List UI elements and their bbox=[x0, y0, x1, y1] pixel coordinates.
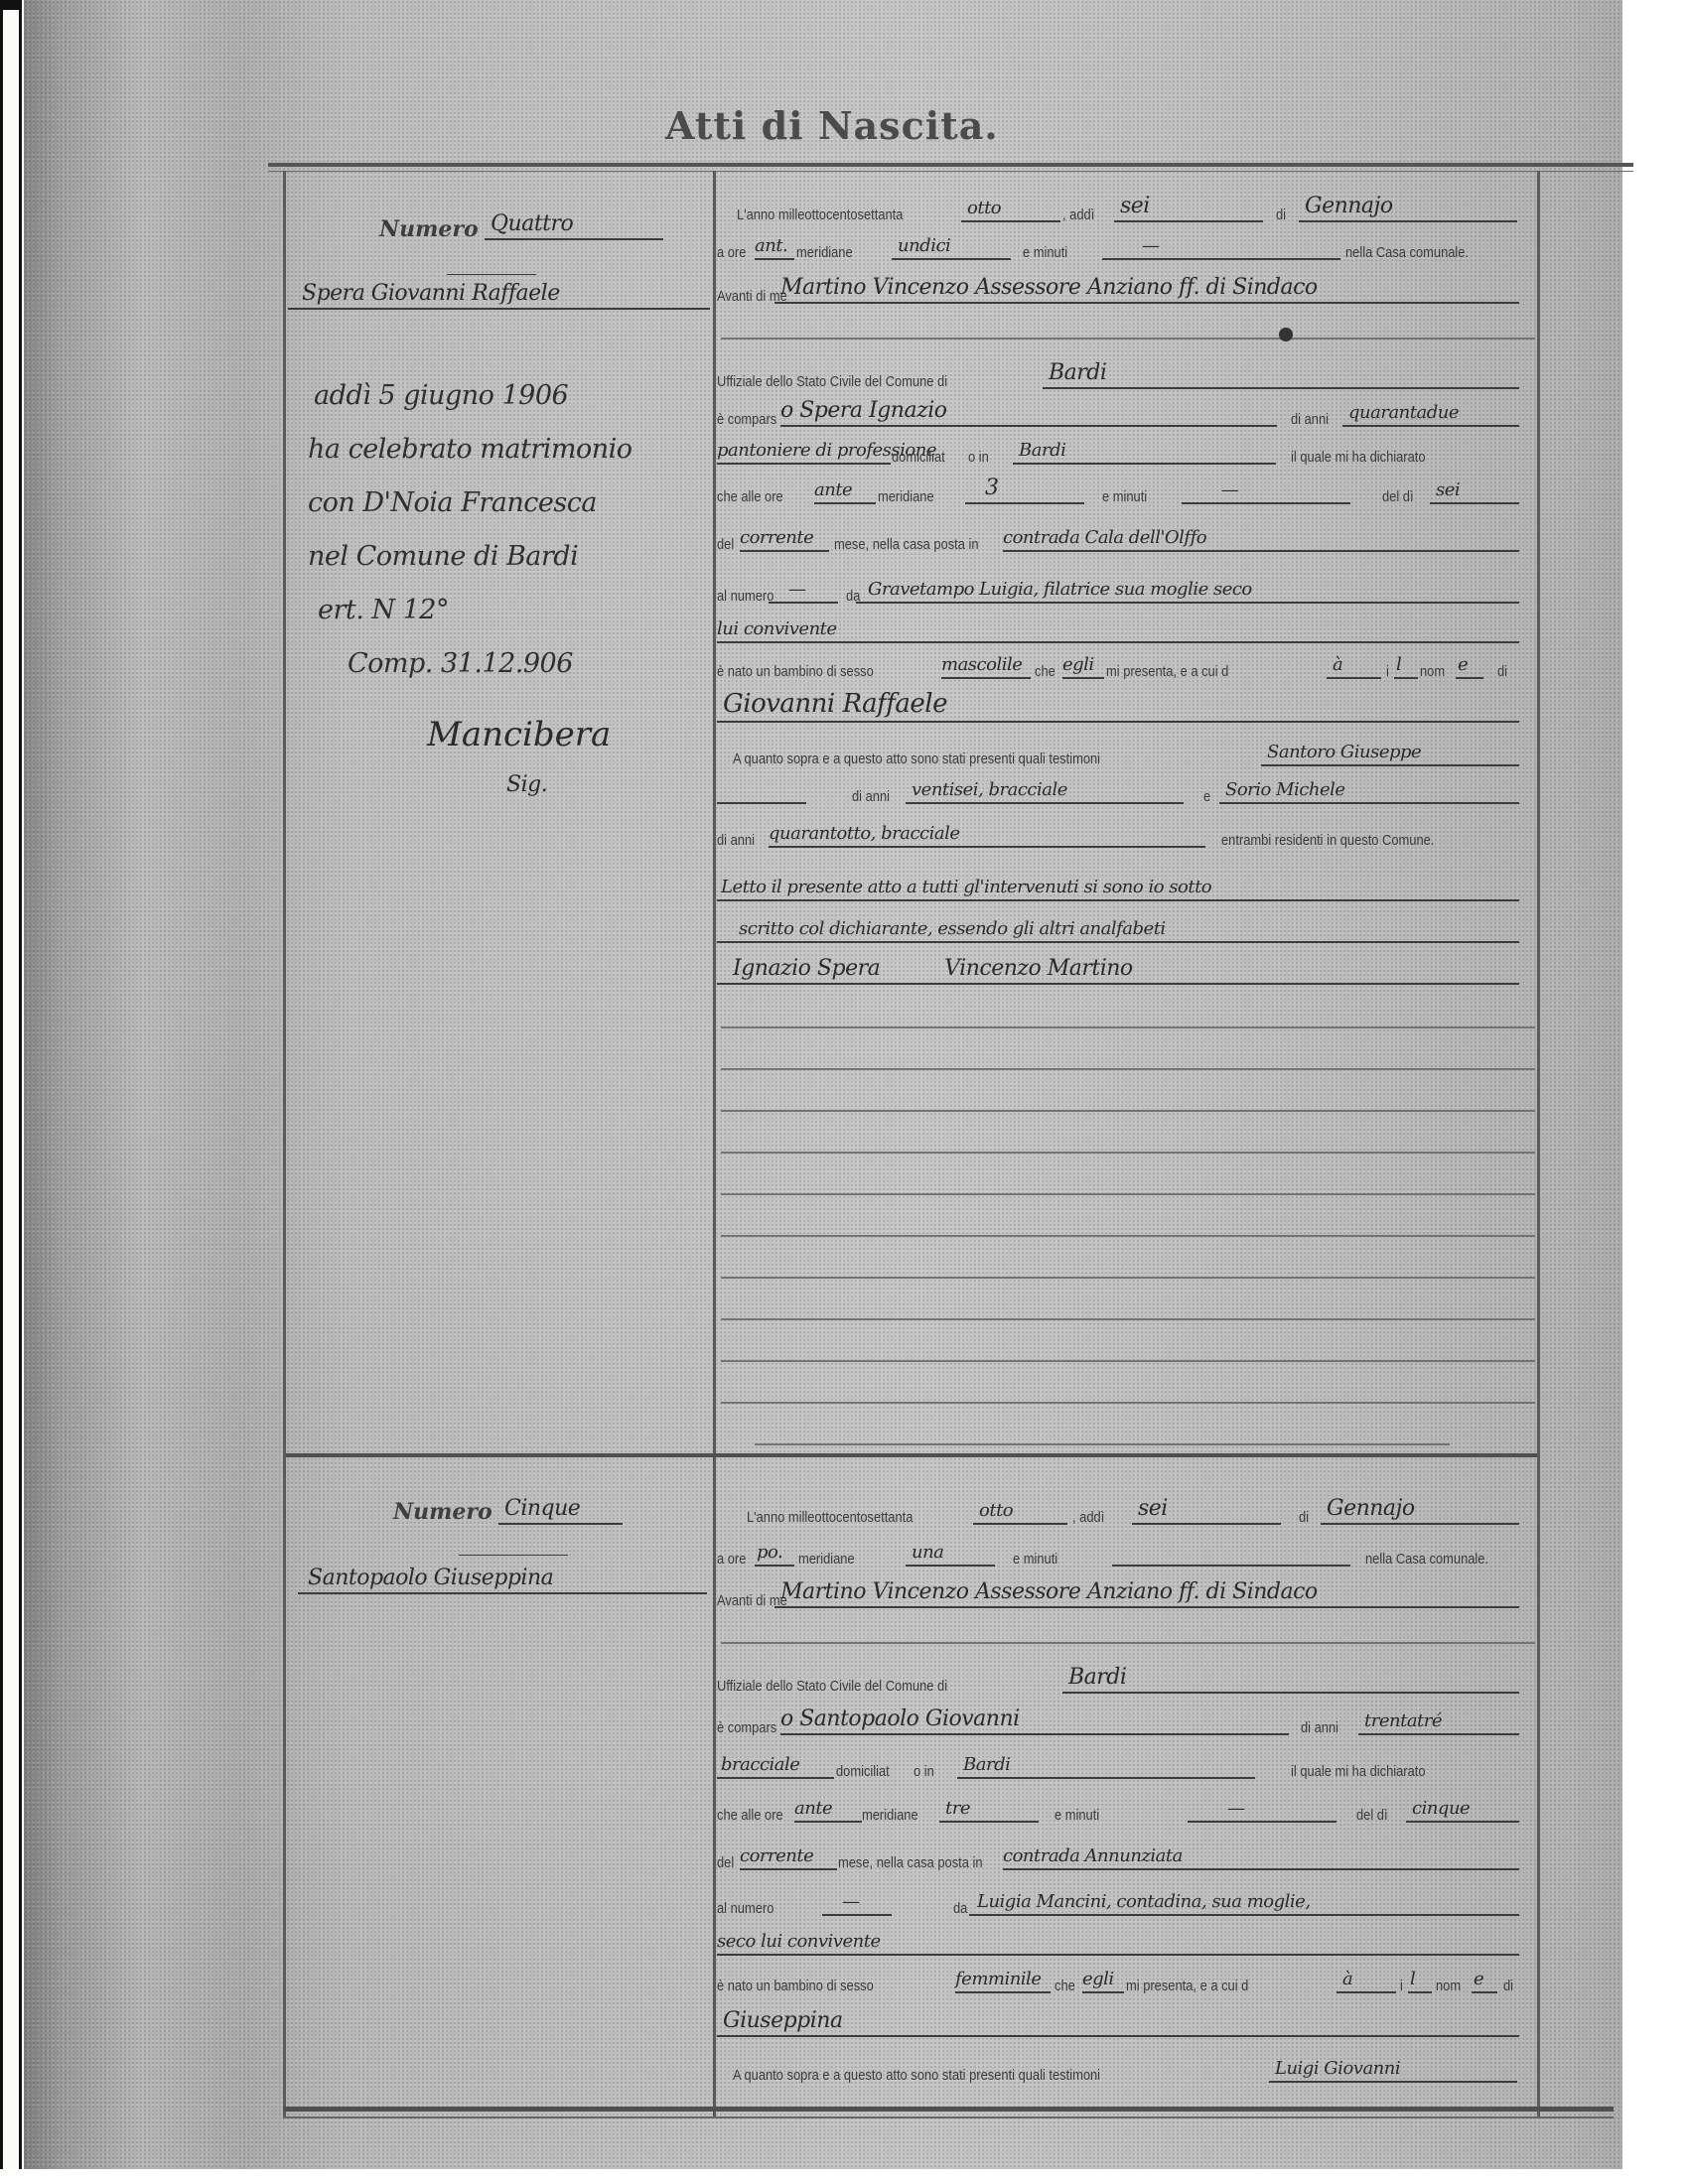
form-text: meridiane bbox=[878, 488, 934, 505]
month-value: Gennajo bbox=[1305, 194, 1393, 218]
marriage-annotation: addì 5 giugno 1906 ha celebrato matrimon… bbox=[308, 369, 705, 691]
declarant-value: o Spera Ignazio bbox=[780, 398, 946, 423]
annotation-line: nel Comune di Bardi bbox=[308, 530, 705, 584]
annotation-line: ert. N 12° bbox=[308, 584, 705, 637]
form-text: del dì bbox=[1382, 488, 1414, 505]
ruled-line bbox=[721, 1235, 1535, 1237]
birth-month-value: corrente bbox=[740, 527, 813, 548]
domicile-value: Bardi bbox=[963, 1754, 1010, 1775]
birth-minutes-value: — bbox=[1221, 479, 1239, 500]
witness1-blank bbox=[717, 776, 806, 804]
scanned-page: Atti di Nascita. Numero Quattro Spera Gi… bbox=[0, 0, 1688, 2184]
ruled-line bbox=[721, 1068, 1535, 1070]
nome-value: e bbox=[1458, 654, 1468, 675]
il-value: l bbox=[1410, 1969, 1415, 1989]
form-text: , addì bbox=[1062, 206, 1094, 223]
sex-value: mascolile bbox=[941, 654, 1022, 675]
ruled-line bbox=[721, 1026, 1535, 1028]
form-text: L'anno milleottocentosettanta bbox=[747, 1509, 913, 1526]
form-text: è nato un bambino di sesso bbox=[717, 663, 874, 680]
ampm-value: ant. bbox=[755, 235, 787, 256]
commune-field: Bardi bbox=[1062, 1666, 1519, 1694]
declarant-age-value: quarantadue bbox=[1348, 402, 1459, 423]
birth-hour-field: 3 bbox=[965, 477, 1084, 504]
form-text: o in bbox=[914, 1763, 934, 1780]
form-text: il quale mi ha dichiarato bbox=[1291, 449, 1426, 466]
form-text: di anni bbox=[1301, 1719, 1338, 1736]
nome-field: e bbox=[1456, 651, 1483, 679]
form-text: e minuti bbox=[1013, 1551, 1057, 1568]
form-text: mese, nella casa posta in bbox=[838, 1854, 983, 1871]
form-text: del dì bbox=[1356, 1807, 1388, 1824]
ruled-line bbox=[721, 1402, 1535, 1404]
frame-left-border bbox=[283, 171, 286, 2116]
hour-value: undici bbox=[898, 235, 950, 256]
birth-place-field: contrada Annunziata bbox=[1003, 1843, 1519, 1870]
form-text: i bbox=[1400, 1978, 1403, 1994]
form-text: è compars bbox=[717, 1719, 776, 1736]
house-number-value: — bbox=[788, 579, 806, 600]
registered-name: Spera Giovanni Raffaele bbox=[302, 281, 560, 306]
frame-right-border bbox=[1537, 171, 1540, 2116]
continuation-value: lui convivente bbox=[717, 618, 837, 639]
declarant-age-field: quarantadue bbox=[1342, 399, 1519, 427]
declarant-value: o Santopaolo Giovanni bbox=[780, 1706, 1020, 1731]
declarant-field: o Santopaolo Giovanni bbox=[780, 1707, 1289, 1735]
birth-hour-field: tre bbox=[939, 1795, 1039, 1823]
birth-hour-value: 3 bbox=[985, 476, 999, 500]
witness1-value: Luigi Giovanni bbox=[1275, 2058, 1400, 2079]
form-text: che alle ore bbox=[717, 1807, 783, 1824]
form-text: e minuti bbox=[1055, 1807, 1099, 1824]
form-text: Uffiziale dello Stato Civile del Comune … bbox=[717, 1678, 947, 1695]
record-number-field: Quattro bbox=[485, 212, 663, 240]
officer-value: Martino Vincenzo Assessore Anziano ff. d… bbox=[780, 275, 1318, 300]
scan-margin-bottom bbox=[0, 2169, 1688, 2184]
witness1-age-field: ventisei, bracciale bbox=[906, 776, 1184, 804]
form-text: a ore bbox=[717, 244, 746, 261]
witness2-age-value: quarantotto, bracciale bbox=[769, 823, 960, 844]
ruled-line bbox=[755, 1443, 1450, 1445]
record-number-field: Cinque bbox=[498, 1497, 623, 1525]
year-value: otto bbox=[967, 198, 1001, 218]
birth-place-value: contrada Cala dell'Olffo bbox=[1003, 527, 1206, 548]
birth-day-value: cinque bbox=[1412, 1798, 1470, 1819]
da-value: à bbox=[1333, 654, 1342, 675]
form-text: e minuti bbox=[1023, 244, 1067, 261]
birth-ampm-field: ante bbox=[814, 477, 876, 504]
form-text: domiciliat bbox=[836, 1763, 890, 1780]
signatures-text: Ignazio Spera Vincenzo Martino bbox=[733, 956, 1133, 981]
child-name-field: Giovanni Raffaele bbox=[717, 695, 1519, 723]
form-text: di anni bbox=[717, 832, 755, 849]
closing-line-2: scritto col dichiarante, essendo gli alt… bbox=[717, 915, 1519, 943]
presenter-field: egli bbox=[1082, 1966, 1124, 1993]
registered-name-field: Santopaolo Giuseppina bbox=[298, 1567, 707, 1594]
declarant-age-field: trentatré bbox=[1358, 1707, 1519, 1735]
presenter-value: egli bbox=[1082, 1969, 1114, 1989]
form-text: è compars bbox=[717, 411, 776, 428]
commune-field: Bardi bbox=[1043, 361, 1519, 389]
house-number-field: — bbox=[769, 576, 838, 604]
form-text: di bbox=[1497, 663, 1507, 680]
header-rule bbox=[268, 163, 1633, 167]
witness1-value: Santoro Giuseppe bbox=[1267, 742, 1421, 762]
ruled-line bbox=[721, 1318, 1535, 1320]
ruled-line bbox=[721, 1193, 1535, 1195]
column-divider bbox=[713, 171, 716, 2116]
ruled-line bbox=[721, 338, 1535, 340]
domicile-field: Bardi bbox=[1013, 437, 1276, 465]
form-text: al numero bbox=[717, 1900, 774, 1917]
birth-month-field: corrente bbox=[740, 524, 829, 552]
day-value: sei bbox=[1120, 194, 1150, 218]
form-text: mese, nella casa posta in bbox=[834, 536, 979, 553]
birth-ampm-value: ante bbox=[794, 1798, 832, 1819]
month-value: Gennajo bbox=[1327, 1496, 1415, 1521]
year-field: otto bbox=[961, 195, 1060, 222]
annotation-signature: Mancibera bbox=[427, 715, 611, 754]
form-text: A quanto sopra e a questo atto sono stat… bbox=[733, 751, 1100, 767]
form-text: di bbox=[1299, 1509, 1309, 1526]
closing-line-1: Letto il presente atto a tutti gl'interv… bbox=[717, 874, 1519, 901]
ruled-line bbox=[721, 1360, 1535, 1362]
form-text: meridiane bbox=[796, 244, 853, 261]
annotation-line: addì 5 giugno 1906 bbox=[308, 369, 705, 423]
scan-edge-left bbox=[0, 0, 22, 2184]
form-text: di bbox=[1503, 1978, 1513, 1994]
ampm-field: po. bbox=[755, 1539, 794, 1567]
closing-signatures: Ignazio Spera Vincenzo Martino bbox=[717, 957, 1519, 985]
il-field: l bbox=[1408, 1966, 1432, 1993]
il-field: l bbox=[1394, 651, 1418, 679]
minutes-value: — bbox=[1142, 235, 1160, 256]
occupation-value: bracciale bbox=[721, 1754, 799, 1775]
birth-place-value: contrada Annunziata bbox=[1003, 1845, 1183, 1866]
declarant-age-value: trentatré bbox=[1364, 1710, 1442, 1731]
day-field: sei bbox=[1132, 1497, 1281, 1525]
closing-text: Letto il presente atto a tutti gl'interv… bbox=[721, 877, 1211, 897]
domicile-value: Bardi bbox=[1019, 440, 1065, 461]
il-value: l bbox=[1396, 654, 1401, 675]
record-separator bbox=[286, 1453, 1537, 1457]
domicile-field: Bardi bbox=[957, 1751, 1255, 1779]
form-text: di bbox=[1276, 206, 1286, 223]
ruled-line bbox=[721, 1277, 1535, 1279]
child-name-field: Giuseppina bbox=[717, 2009, 1519, 2037]
continuation-field: lui convivente bbox=[717, 615, 1519, 643]
da-value: à bbox=[1342, 1969, 1352, 1989]
birth-place-field: contrada Cala dell'Olffo bbox=[1003, 524, 1519, 552]
continuation-field: seco lui convivente bbox=[717, 1928, 1519, 1956]
witness1-field: Luigi Giovanni bbox=[1269, 2055, 1517, 2083]
child-name-value: Giuseppina bbox=[723, 2008, 843, 2033]
occupation-field: pantoniere di professione bbox=[717, 437, 891, 465]
commune-value: Bardi bbox=[1049, 360, 1106, 385]
witness1-age-value: ventisei, bracciale bbox=[912, 779, 1067, 800]
birth-day-field: sei bbox=[1430, 477, 1519, 504]
ruled-line bbox=[721, 1642, 1535, 1644]
commune-value: Bardi bbox=[1068, 1665, 1126, 1690]
form-text: nella Casa comunale. bbox=[1365, 1551, 1488, 1568]
closing-text: scritto col dichiarante, essendo gli alt… bbox=[739, 918, 1166, 939]
witness2-value: Sorio Michele bbox=[1225, 779, 1345, 800]
continuation-value: seco lui convivente bbox=[717, 1931, 881, 1952]
ink-blot bbox=[1279, 328, 1293, 341]
record-number-underline bbox=[459, 1529, 568, 1556]
registered-name-field: Spera Giovanni Raffaele bbox=[288, 282, 710, 310]
form-text: al numero bbox=[717, 588, 774, 605]
form-text: di anni bbox=[1291, 411, 1329, 428]
form-text: che bbox=[1035, 663, 1055, 680]
month-field: Gennajo bbox=[1299, 195, 1517, 222]
presenter-value: egli bbox=[1062, 654, 1094, 675]
mother-value: Luigia Mancini, contadina, sua moglie, bbox=[977, 1891, 1311, 1912]
page-title: Atti di Nascita. bbox=[665, 103, 999, 148]
mother-value: Gravetampo Luigia, filatrice sua moglie … bbox=[868, 579, 1252, 600]
birth-minutes-field: — bbox=[1188, 1795, 1336, 1823]
birth-day-field: cinque bbox=[1406, 1795, 1519, 1823]
year-field: otto bbox=[973, 1497, 1067, 1525]
birth-minutes-value: — bbox=[1227, 1798, 1245, 1819]
form-text: che bbox=[1055, 1978, 1075, 1994]
mother-field: Gravetampo Luigia, filatrice sua moglie … bbox=[856, 576, 1519, 604]
form-text: meridiane bbox=[798, 1551, 855, 1568]
annotation-line: Comp. 31.12.906 bbox=[308, 637, 705, 691]
annotation-signature-sub: Sig. bbox=[506, 772, 547, 797]
scan-margin-right bbox=[1622, 0, 1688, 2184]
hour-value: una bbox=[912, 1542, 943, 1563]
frame-bottom-border bbox=[283, 2107, 1614, 2112]
form-text: mi presenta, e a cui d bbox=[1126, 1978, 1248, 1994]
nome-field: e bbox=[1472, 1966, 1497, 1993]
form-text: L'anno milleottocentosettanta bbox=[737, 206, 903, 223]
mother-field: Luigia Mancini, contadina, sua moglie, bbox=[969, 1888, 1519, 1916]
form-text: e minuti bbox=[1102, 488, 1147, 505]
sex-field: femminile bbox=[955, 1966, 1051, 1993]
day-field: sei bbox=[1114, 195, 1263, 222]
officer-field: Martino Vincenzo Assessore Anziano ff. d… bbox=[774, 1580, 1519, 1608]
ruled-line bbox=[721, 1152, 1535, 1154]
record-number-value: Cinque bbox=[504, 1496, 580, 1521]
birth-day-value: sei bbox=[1436, 479, 1460, 500]
form-text: mi presenta, e a cui d bbox=[1106, 663, 1228, 680]
minutes-field bbox=[1112, 1539, 1350, 1567]
form-text: a ore bbox=[717, 1551, 746, 1568]
form-text: nella Casa comunale. bbox=[1345, 244, 1469, 261]
form-text: entrambi residenti in questo Comune. bbox=[1221, 832, 1434, 849]
minutes-field: — bbox=[1102, 232, 1340, 260]
officer-field: Martino Vincenzo Assessore Anziano ff. d… bbox=[774, 276, 1519, 304]
hour-field: undici bbox=[892, 232, 1011, 260]
officer-value: Martino Vincenzo Assessore Anziano ff. d… bbox=[780, 1579, 1318, 1604]
form-text: o in bbox=[968, 449, 989, 466]
form-text: A quanto sopra e a questo atto sono stat… bbox=[733, 2067, 1100, 2084]
form-text: del bbox=[717, 1854, 734, 1871]
record-number-value: Quattro bbox=[491, 211, 573, 236]
presenter-field: egli bbox=[1062, 651, 1104, 679]
form-text: di anni bbox=[852, 788, 890, 805]
hour-field: una bbox=[906, 1539, 995, 1567]
birth-month-value: corrente bbox=[740, 1845, 813, 1866]
birth-hour-value: tre bbox=[945, 1798, 970, 1819]
form-text: è nato un bambino di sesso bbox=[717, 1978, 874, 1994]
record-number-underline bbox=[447, 248, 536, 275]
form-text: Uffiziale dello Stato Civile del Comune … bbox=[717, 373, 947, 390]
sex-field: mascolile bbox=[941, 651, 1031, 679]
form-text: del bbox=[717, 536, 734, 553]
declarant-field: o Spera Ignazio bbox=[780, 399, 1277, 427]
witness2-field: Sorio Michele bbox=[1219, 776, 1519, 804]
record-number-label: Numero bbox=[379, 216, 479, 242]
witness2-age-field: quarantotto, bracciale bbox=[769, 820, 1205, 848]
form-text: meridiane bbox=[862, 1807, 918, 1824]
da-field: à bbox=[1336, 1966, 1396, 1993]
house-number-value: — bbox=[842, 1891, 860, 1912]
form-text: nom bbox=[1420, 663, 1445, 680]
annotation-line: con D'Noia Francesca bbox=[308, 477, 705, 530]
birth-month-field: corrente bbox=[740, 1843, 837, 1870]
form-text: che alle ore bbox=[717, 488, 783, 505]
form-text: domiciliat bbox=[892, 449, 945, 466]
birth-ampm-field: ante bbox=[794, 1795, 862, 1823]
ampm-value: po. bbox=[757, 1542, 782, 1563]
ruled-line bbox=[721, 1110, 1535, 1112]
child-name-value: Giovanni Raffaele bbox=[723, 689, 947, 719]
annotation-line: ha celebrato matrimonio bbox=[308, 423, 705, 477]
form-text: i bbox=[1386, 663, 1389, 680]
ampm-field: ant. bbox=[755, 232, 794, 260]
year-value: otto bbox=[979, 1500, 1013, 1521]
birth-ampm-value: ante bbox=[814, 479, 852, 500]
sex-value: femminile bbox=[955, 1969, 1041, 1989]
frame-bottom-border-thin bbox=[283, 2116, 1614, 2118]
form-text: nom bbox=[1436, 1978, 1461, 1994]
da-field: à bbox=[1327, 651, 1381, 679]
witness1-field: Santoro Giuseppe bbox=[1261, 739, 1519, 766]
registered-name: Santopaolo Giuseppina bbox=[308, 1566, 553, 1590]
month-field: Gennajo bbox=[1321, 1497, 1519, 1525]
nome-value: e bbox=[1474, 1969, 1483, 1989]
day-value: sei bbox=[1138, 1496, 1168, 1521]
form-text: da bbox=[953, 1900, 967, 1917]
form-text: il quale mi ha dichiarato bbox=[1291, 1763, 1426, 1780]
form-text: e bbox=[1203, 788, 1210, 805]
header-rule-thin bbox=[268, 171, 1633, 172]
birth-minutes-field: — bbox=[1182, 477, 1350, 504]
house-number-field: — bbox=[822, 1888, 892, 1916]
record-number-label: Numero bbox=[393, 1499, 492, 1525]
form-text: , addì bbox=[1072, 1509, 1104, 1526]
occupation-field: bracciale bbox=[717, 1751, 834, 1779]
